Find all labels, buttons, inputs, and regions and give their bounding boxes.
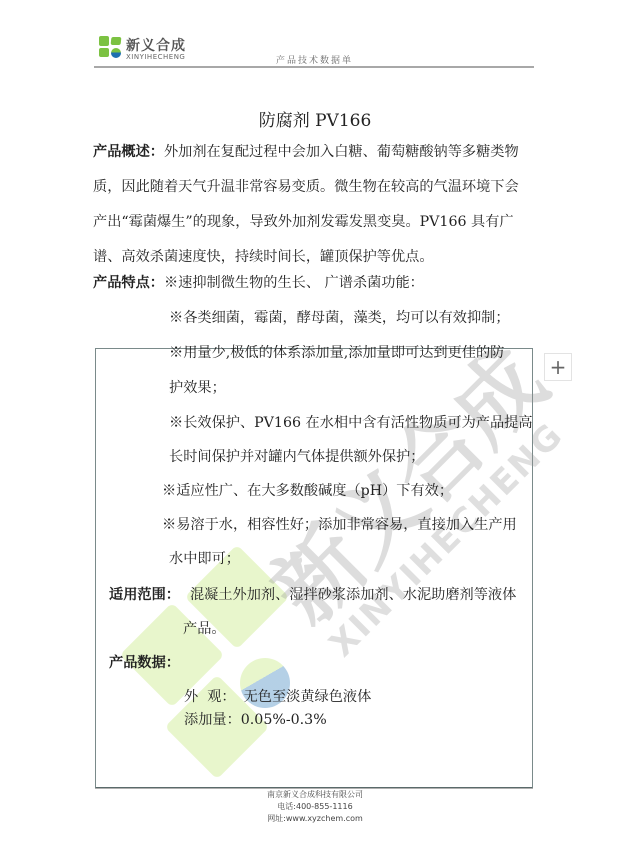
footer-company: 南京新义合成科技有限公司 [0, 789, 630, 800]
document-type: 产品技术数据单 [276, 53, 353, 66]
features-line-1: 产品特点：※速抑制微生物的生长、 广谱杀菌功能： [93, 272, 424, 292]
plus-icon: + [550, 355, 567, 379]
overview-line-4: 谱、高效杀菌速度快，持续时间长，罐顶保护等优点。 [93, 246, 434, 266]
dosage-label: 添加量： [184, 712, 241, 728]
appearance-label: 外 观： [184, 689, 236, 705]
features-line-9: 水中即可； [169, 548, 240, 568]
footer-website[interactable]: 网址:www.xyzchem.com [0, 813, 630, 824]
overview-label: 产品概述： [93, 144, 164, 160]
features-line-2: ※各类细菌，霉菌，酵母菌，藻类，均可以有效抑制； [169, 307, 510, 327]
appearance-row: 外 观：无色至淡黄绿色液体 [184, 686, 371, 706]
features-line-7: ※适应性广、在大多数酸碱度（pH）下有效； [162, 480, 453, 500]
scope-line-1: 适用范围：混凝土外加剂、湿拌砂浆添加剂、水泥助磨剂等液体 [109, 584, 516, 604]
overview-line-2: 质，因此随着天气升温非常容易变质。微生物在较高的气温环境下会 [93, 176, 519, 196]
brand-name-en: XINYIHECHENG [126, 53, 185, 61]
features-line-5: ※长效保护、PV166 在水相中含有活性物质可为产品提高 [169, 412, 533, 432]
features-line-3: ※用量少,极低的体系添加量,添加量即可达到更佳的防 [169, 342, 504, 362]
scope-label: 适用范围： [109, 587, 180, 603]
add-button[interactable]: + [544, 353, 572, 381]
brand-name: 新义合成 [126, 35, 186, 55]
page-title: 防腐剂 PV166 [0, 106, 630, 131]
company-logo-icon [99, 36, 123, 58]
overview-line-1: 产品概述：外加剂在复配过程中会加入白糖、葡萄糖酸钠等多糖类物 [93, 141, 519, 161]
header-divider [94, 66, 534, 68]
features-line-6: 长时间保护并对罐内气体提供额外保护； [169, 446, 424, 466]
footer-phone: 电话:400-855-1116 [0, 801, 630, 812]
features-line-4: 护效果； [169, 377, 226, 397]
features-label: 产品特点： [93, 275, 164, 291]
features-line-8: ※易溶于水，相容性好；添加非常容易，直接加入生产用 [162, 514, 517, 534]
dosage-value: 0.05%-0.3% [241, 712, 327, 728]
scope-line-2: 产品。 [183, 618, 226, 638]
product-data-label: 产品数据： [109, 652, 180, 672]
overview-line-3: 产出“霉菌爆生”的现象，导致外加剂发霉发黑变臭。PV166 具有广 [93, 211, 514, 231]
dosage-row: 添加量：0.05%-0.3% [184, 709, 327, 729]
appearance-value: 无色至淡黄绿色液体 [244, 689, 372, 705]
